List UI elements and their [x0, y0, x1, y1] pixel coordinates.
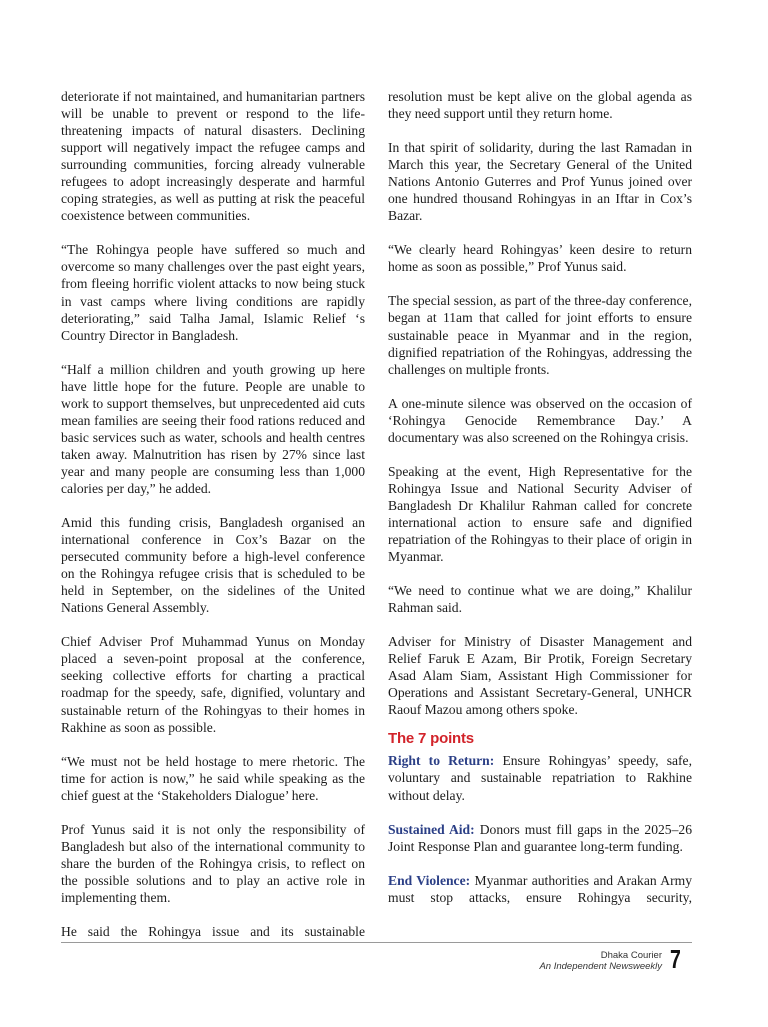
point-item: Sustained Aid: Donors must fill gaps in …: [388, 821, 692, 855]
article-paragraph: “We must not be held hostage to mere rhe…: [61, 753, 365, 804]
publication-tagline: An Independent Newsweekly: [539, 961, 662, 972]
article-paragraph: Amid this funding crisis, Bangladesh org…: [61, 514, 365, 616]
article-paragraph: Prof Yunus said it is not only the respo…: [61, 821, 365, 906]
publication-name: Dhaka Courier: [539, 950, 662, 961]
newspaper-page: deteriorate if not maintained, and human…: [0, 0, 768, 1027]
article-paragraph: resolution must be kept alive on the glo…: [388, 88, 692, 122]
article-paragraph: He said the Rohingya issue and its susta…: [61, 923, 365, 940]
page-number: 7: [670, 945, 681, 973]
point-label: Sustained Aid:: [388, 822, 475, 837]
point-label: End Violence:: [388, 873, 470, 888]
article-paragraph: Chief Adviser Prof Muhammad Yunus on Mon…: [61, 633, 365, 735]
footer-masthead: Dhaka Courier An Independent Newsweekly: [539, 950, 662, 972]
article-paragraph: A one-minute silence was observed on the…: [388, 395, 692, 446]
point-item: Right to Return: Ensure Rohingyas’ speed…: [388, 752, 692, 803]
article-column-left: deteriorate if not maintained, and human…: [61, 88, 365, 940]
article-paragraph: “We clearly heard Rohingyas’ keen desire…: [388, 241, 692, 275]
article-paragraph: deteriorate if not maintained, and human…: [61, 88, 365, 224]
article-paragraph: Speaking at the event, High Representati…: [388, 463, 692, 565]
article-paragraph: The special session, as part of the thre…: [388, 292, 692, 377]
article-paragraph: In that spirit of solidarity, during the…: [388, 139, 692, 224]
point-item: End Violence: Myanmar authorities and Ar…: [388, 872, 692, 906]
article-paragraph: “We need to continue what we are doing,”…: [388, 582, 692, 616]
article-paragraph: Adviser for Ministry of Disaster Managem…: [388, 633, 692, 718]
article-column-right: resolution must be kept alive on the glo…: [388, 88, 692, 906]
article-paragraph: “Half a million children and youth growi…: [61, 361, 365, 497]
article-paragraph: “The Rohingya people have suffered so mu…: [61, 241, 365, 343]
footer-divider: [61, 942, 692, 943]
point-label: Right to Return:: [388, 753, 494, 768]
section-heading-7-points: The 7 points: [388, 730, 692, 748]
